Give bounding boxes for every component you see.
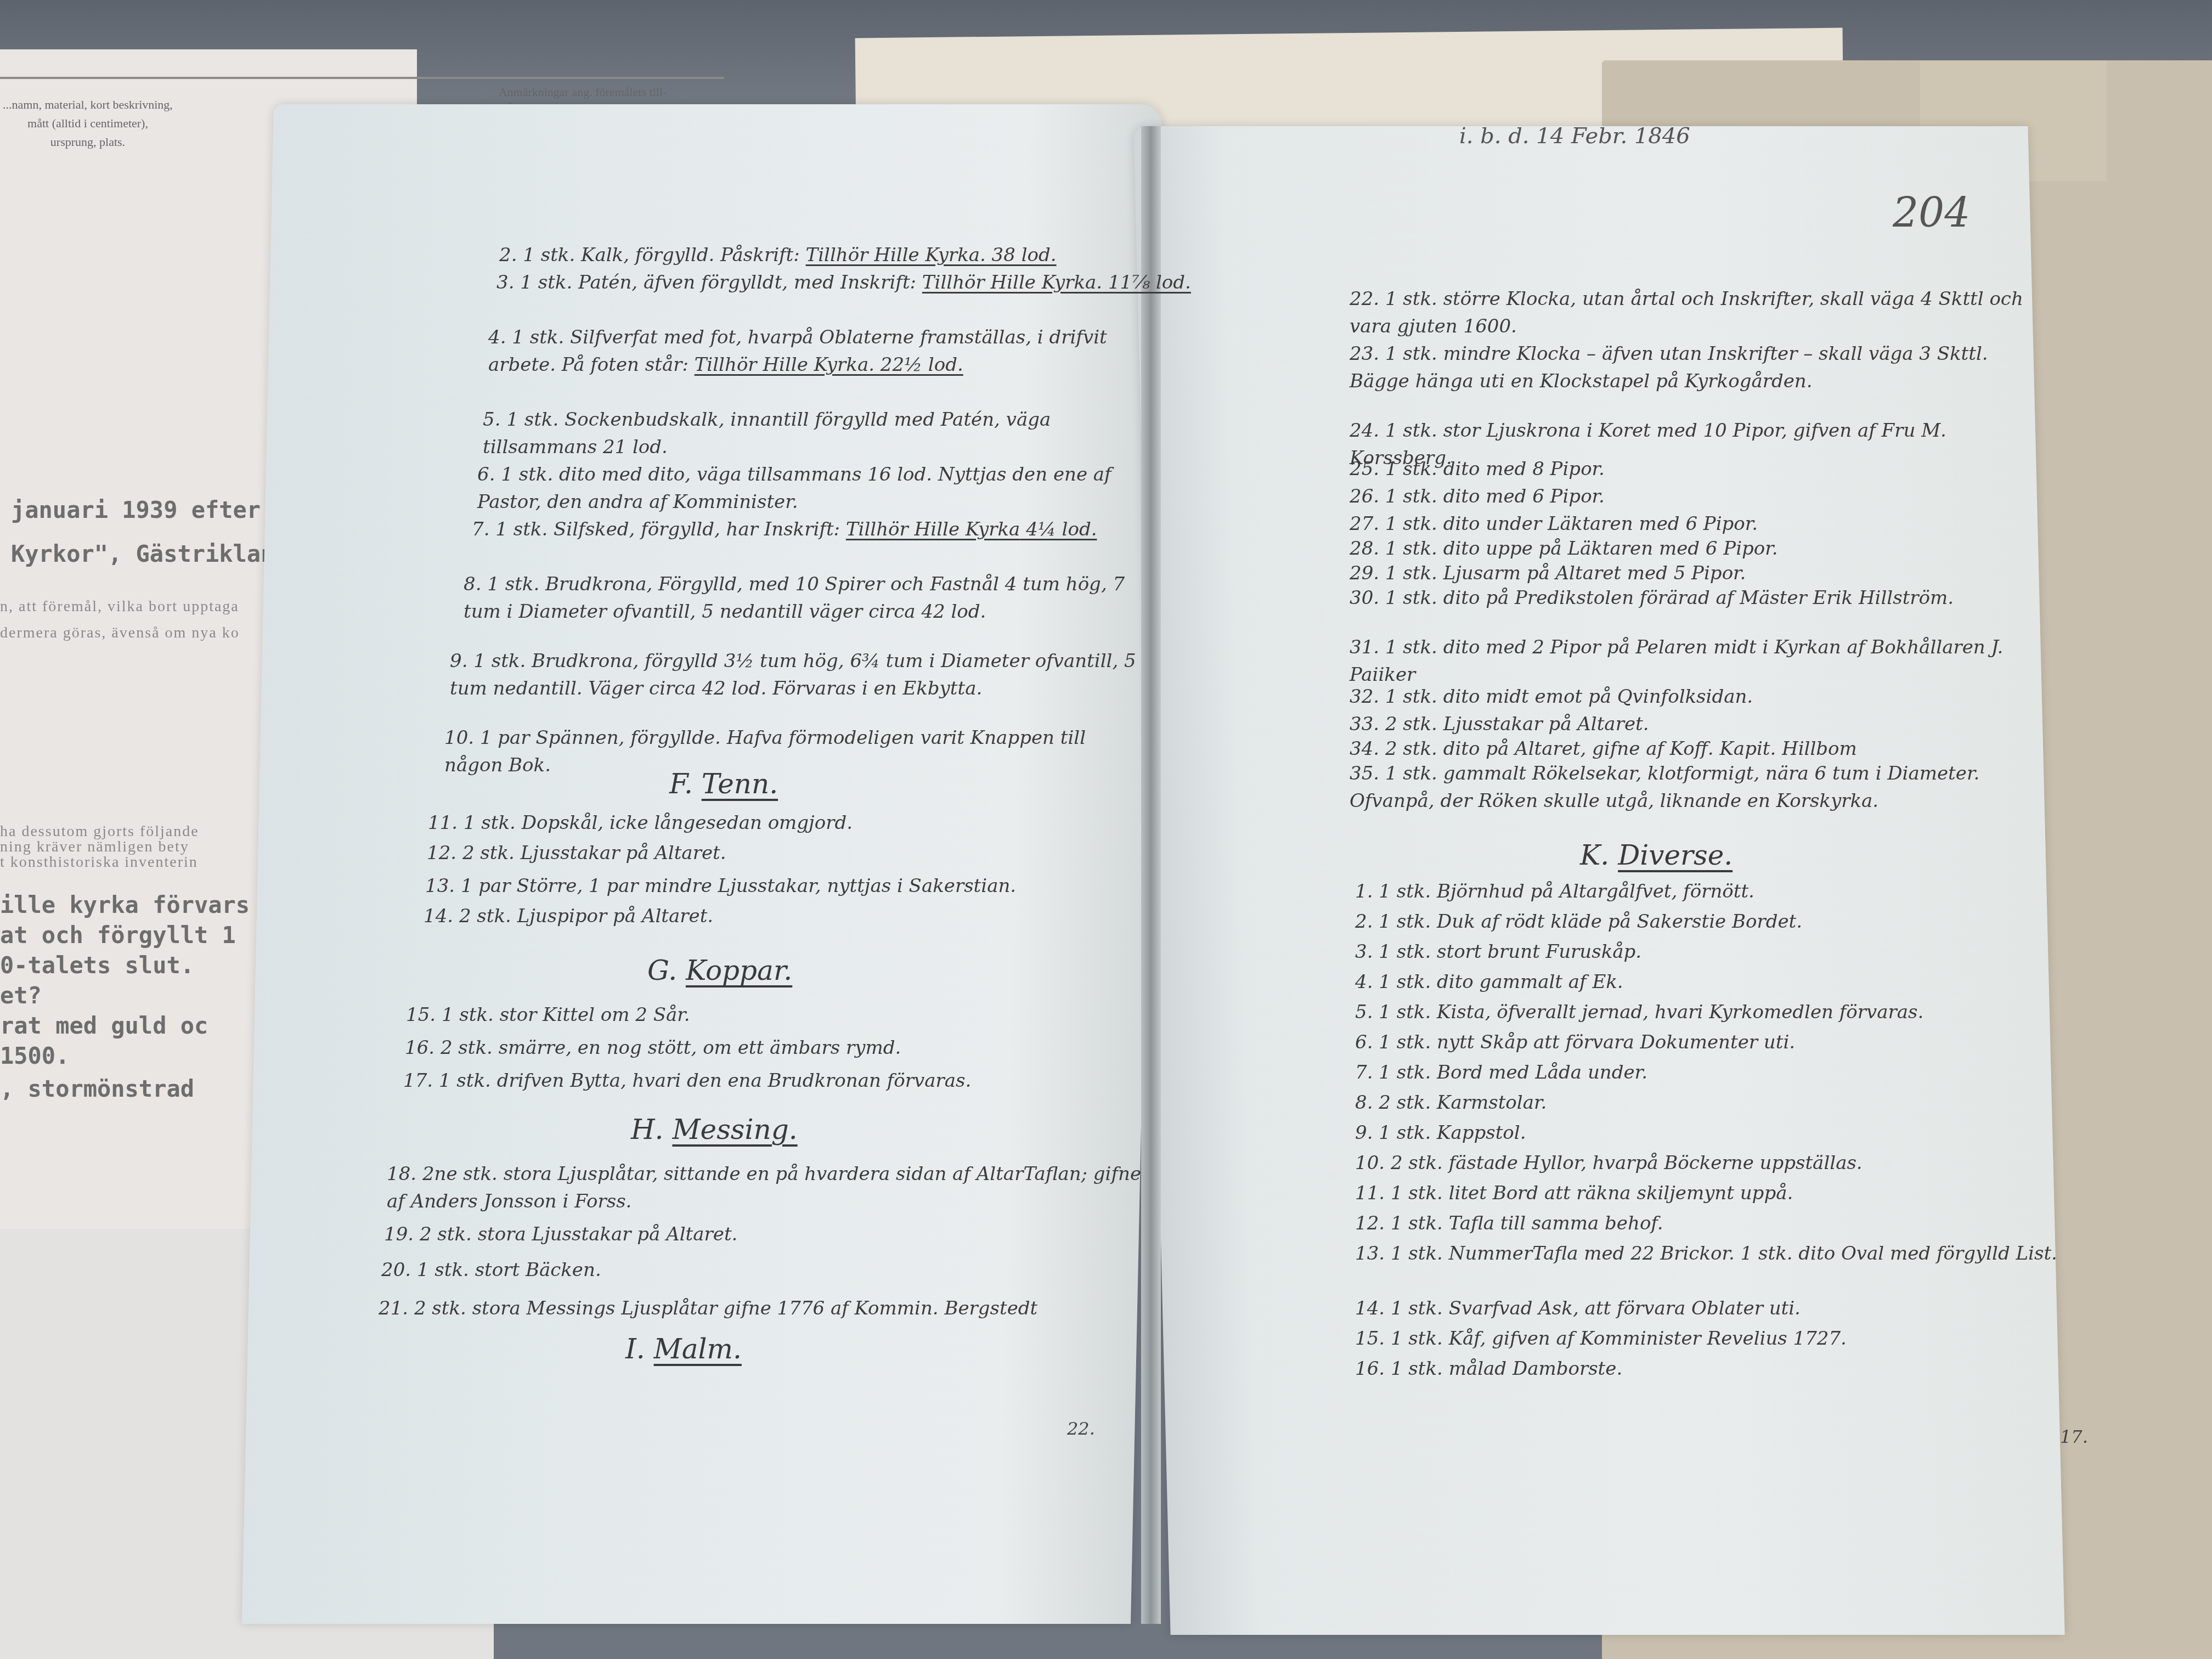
inventory-item: 18. 2ne stk. stora Ljusplåtar, sittande … [387,1160,1144,1215]
section-heading-koppar: G. Koppar. [647,955,792,986]
printed-line: n, att föremål, vilka bort upptaga [0,598,239,616]
inventory-item: 2. 1 stk. Duk af rödt kläde på Sakerstie… [1355,908,1802,935]
inventory-item: 4. 1 stk. Silfverfat med fot, hvarpå Obl… [488,324,1147,379]
printed-line: dermera göras, ävenså om nya ko [0,624,240,642]
inventory-item: 23. 1 stk. mindre Klocka – äfven utan In… [1350,340,2030,395]
inventory-item: 7. 1 stk. Silfsked, förgylld, har Inskri… [472,516,1141,543]
printed-line: t konsthistoriska inventerin [0,854,198,871]
section-heading-tenn: F. Tenn. [669,768,778,800]
inventory-item: 3. 1 stk. Patén, äfven förgylldt, med In… [496,269,1191,296]
inventory-item: 28. 1 stk. dito uppe på Läktaren med 6 P… [1350,535,1778,562]
inventory-item: 1. 1 stk. Björnhud på Altargålfvet, förn… [1355,878,1754,905]
inventory-item: 6. 1 stk. dito med dito, väga tillsamman… [477,461,1147,516]
inventory-item: 16. 1 stk. målad Damborste. [1355,1355,1622,1383]
inventory-item: 29. 1 stk. Ljusarm på Altaret med 5 Pipo… [1350,560,1746,587]
inventory-item: 11. 1 stk. litet Bord att räkna skiljemy… [1355,1180,1793,1207]
inventory-item: 16. 2 stk. smärre, en nog stött, om ett … [405,1034,901,1062]
folio-number: 204 [1893,189,1970,236]
right-page-number: 17. [2060,1426,2088,1447]
inventory-item: 8. 2 stk. Karmstolar. [1355,1089,1547,1116]
typed-line: , stormönstrad [0,1075,194,1102]
inventory-item: 14. 1 stk. Svarfvad Ask, att förvara Obl… [1355,1295,1801,1322]
inventory-item: 9. 1 stk. Kappstol. [1355,1119,1526,1147]
inventory-item: 5. 1 stk. Kista, öfverallt jernad, hvari… [1355,998,1923,1026]
inventory-item: 22. 1 stk. större Klocka, utan årtal och… [1350,285,2030,340]
inventory-item: 2. 1 stk. Kalk, förgylld. Påskrift: Till… [499,241,1057,269]
inventory-item: 14. 2 stk. Ljuspipor på Altaret. [424,902,713,930]
inventory-item: 27. 1 stk. dito under Läktaren med 6 Pip… [1350,510,1758,538]
inventory-item: 7. 1 stk. Bord med Låda under. [1355,1059,1647,1086]
inventory-item: 4. 1 stk. dito gammalt af Ek. [1355,968,1623,996]
inventory-item: 32. 1 stk. dito midt emot på Qvinfolksid… [1350,683,1753,710]
inventory-item: 19. 2 stk. stora Ljusstakar på Altaret. [384,1221,737,1248]
section-heading-messing: H. Messing. [631,1114,798,1145]
section-heading-malm: I. Malm. [625,1333,742,1365]
typed-line: 1500. [0,1042,69,1069]
form-column-description: ...namn, material, kort beskrivning, måt… [0,95,176,151]
inventory-item: 9. 1 stk. Brudkrona, förgylld 3½ tum hög… [450,647,1141,702]
inventory-item: 10. 2 stk. fästade Hyllor, hvarpå Böcker… [1355,1149,1863,1177]
typed-line: 0-talets slut. [0,952,194,979]
typed-line: Kyrkor", Gästrikland, [11,540,302,567]
section-heading-diverse: K. Diverse. [1580,839,1733,871]
inventory-item: 26. 1 stk. dito med 6 Pipor. [1350,483,1605,510]
inventory-item: 12. 1 stk. Tafla till samma behof. [1355,1210,1663,1237]
inventory-item: 34. 2 stk. dito på Altaret, gifne af Kof… [1350,735,1857,763]
inventory-item: 35. 1 stk. gammalt Rökelsekar, klotformi… [1350,760,2041,815]
inventory-item: 33. 2 stk. Ljusstakar på Altaret. [1350,710,1649,738]
inventory-item: 20. 1 stk. stort Bäcken. [381,1256,601,1284]
typed-line: rat med guld oc [0,1012,208,1039]
typed-line: at och förgyllt 1 [0,922,236,949]
typed-line: ille kyrka förvars [0,891,250,918]
inventory-item: 11. 1 stk. Dopskål, icke långesedan omgj… [428,809,853,837]
inventory-item: 17. 1 stk. drifven Bytta, hvari den ena … [403,1067,971,1094]
inventory-item: 6. 1 stk. nytt Skåp att förvara Dokument… [1355,1029,1795,1056]
left-page-number: 22. [1067,1418,1095,1439]
inventory-item: 25. 1 stk. dito med 8 Pipor. [1350,455,1605,483]
inventory-item: 13. 1 stk. NummerTafla med 22 Brickor. 1… [1355,1240,2057,1267]
inventory-item: 30. 1 stk. dito på Predikstolen förärad … [1350,584,2035,612]
inventory-item: 8. 1 stk. Brudkrona, Förgylld, med 10 Sp… [464,571,1144,625]
typed-line: et? [0,982,42,1009]
inventory-item: 5. 1 stk. Sockenbudskalk, innantill förg… [483,406,1141,461]
inventory-item: 10. 1 par Spännen, förgyllde. Hafva förm… [444,724,1141,779]
inventory-item: 12. 2 stk. Ljusstakar på Altaret. [427,839,726,867]
date-annotation: i. b. d. 14 Febr. 1846 [1459,123,1690,149]
inventory-item: 3. 1 stk. stort brunt Furuskåp. [1355,938,1641,966]
inventory-item: 13. 1 par Större, 1 par mindre Ljusstaka… [425,872,1016,900]
inventory-item: 15. 1 stk. stor Kittel om 2 Sår. [406,1001,690,1029]
inventory-item: 21. 2 stk. stora Messings Ljusplåtar gif… [379,1295,1037,1322]
inventory-item: 15. 1 stk. Kåf, gifven af Komminister Re… [1355,1325,1847,1352]
inventory-item: 31. 1 stk. dito med 2 Pipor på Pelaren m… [1350,634,2035,689]
